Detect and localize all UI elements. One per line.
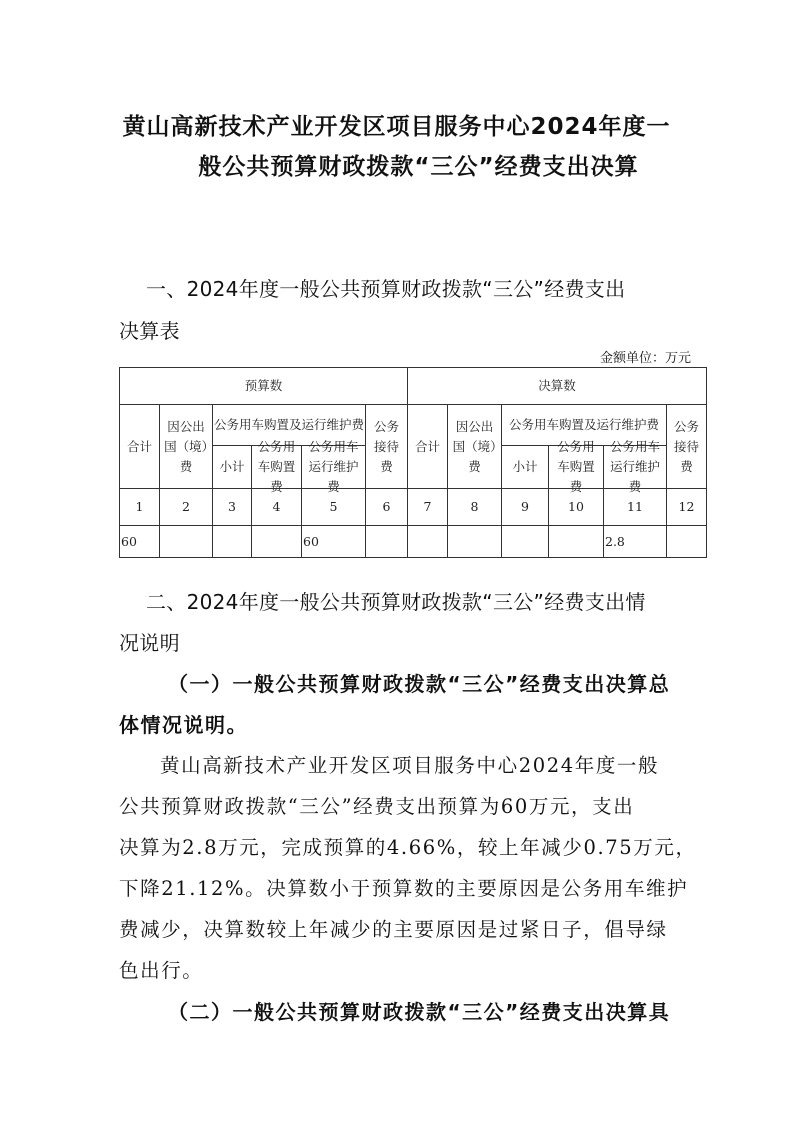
final-total-value — [407, 525, 448, 558]
column-number: 11 — [603, 488, 667, 526]
paragraph-line: 色出行。 — [119, 955, 203, 983]
final-car-subtotal-value — [501, 525, 549, 558]
final-car-subtotal-header: 小计 — [501, 445, 549, 489]
paragraph-line: 决算为2.8万元，完成预算的4.66%，较上年减少0.75万元， — [119, 832, 697, 860]
final-reception-value — [666, 525, 707, 558]
column-number: 12 — [666, 488, 707, 526]
budget-abroad-header: 因公出国（境）费 — [159, 404, 213, 489]
budget-car-subtotal-header: 小计 — [212, 445, 252, 489]
final-reception-header: 公务接待费 — [666, 404, 707, 489]
budget-car-subtotal-value — [212, 525, 252, 558]
budget-abroad-value — [159, 525, 213, 558]
section1-heading-line1: 一、2024年度一般公共预算财政拨款“三公”经费支出 — [146, 273, 625, 302]
column-number: 2 — [159, 488, 213, 526]
subsection1-heading-line2: 体情况说明。 — [119, 709, 248, 738]
budget-header: 预算数 — [119, 367, 408, 405]
budget-total-value: 60 — [119, 525, 160, 558]
document-title-line2: 般公共预算财政拨款“三公”经费支出决算 — [22, 148, 793, 181]
document-title-line1: 黄山高新技术产业开发区项目服务中心2024年度一 — [0, 108, 793, 141]
column-number: 6 — [365, 488, 408, 526]
column-number: 9 — [501, 488, 549, 526]
final-total-header: 合计 — [407, 404, 448, 489]
final-car-purchase-header: 公务用车购置费 — [548, 445, 604, 489]
amount-unit-label: 金额单位：万元 — [600, 347, 691, 366]
column-number: 7 — [407, 488, 448, 526]
subsection1-heading-line1: （一）一般公共预算财政拨款“三公”经费支出决算总 — [168, 668, 670, 697]
paragraph-line: 费减少，决算数较上年减少的主要原因是过紧日子，倡导绿 — [119, 914, 668, 942]
section2-heading-line2: 况说明 — [119, 627, 180, 656]
budget-total-header: 合计 — [119, 404, 160, 489]
section2-heading-line1: 二、2024年度一般公共预算财政拨款“三公”经费支出情 — [146, 586, 646, 615]
paragraph-line: 公共预算财政拨款“三公”经费支出预算为60万元，支出 — [119, 791, 634, 819]
final-car-operation-header: 公务用车运行维护费 — [603, 445, 667, 489]
final-car-purchase-value — [548, 525, 604, 558]
paragraph-line: 黄山高新技术产业开发区项目服务中心2024年度一般 — [160, 750, 659, 778]
budget-car-purchase-header: 公务用车购置费 — [251, 445, 302, 489]
final-car-operation-value: 2.8 — [603, 525, 667, 558]
column-number: 10 — [548, 488, 604, 526]
subsection2-heading-line1: （二）一般公共预算财政拨款“三公”经费支出决算具 — [168, 996, 670, 1025]
budget-car-operation-value: 60 — [301, 525, 366, 558]
section1-heading-line2: 决算表 — [119, 315, 180, 344]
final-abroad-value — [447, 525, 502, 558]
column-number: 3 — [212, 488, 252, 526]
paragraph-line: 下降21.12%。决算数小于预算数的主要原因是公务用车维护 — [119, 873, 688, 901]
budget-reception-header: 公务接待费 — [365, 404, 408, 489]
final-header: 决算数 — [407, 367, 707, 405]
column-number: 8 — [447, 488, 502, 526]
budget-car-operation-header: 公务用车运行维护费 — [301, 445, 366, 489]
final-abroad-header: 因公出国（境）费 — [447, 404, 502, 489]
column-number: 1 — [119, 488, 160, 526]
budget-car-purchase-value — [251, 525, 302, 558]
column-number: 5 — [301, 488, 366, 526]
budget-reception-value — [365, 525, 408, 558]
column-number: 4 — [251, 488, 302, 526]
